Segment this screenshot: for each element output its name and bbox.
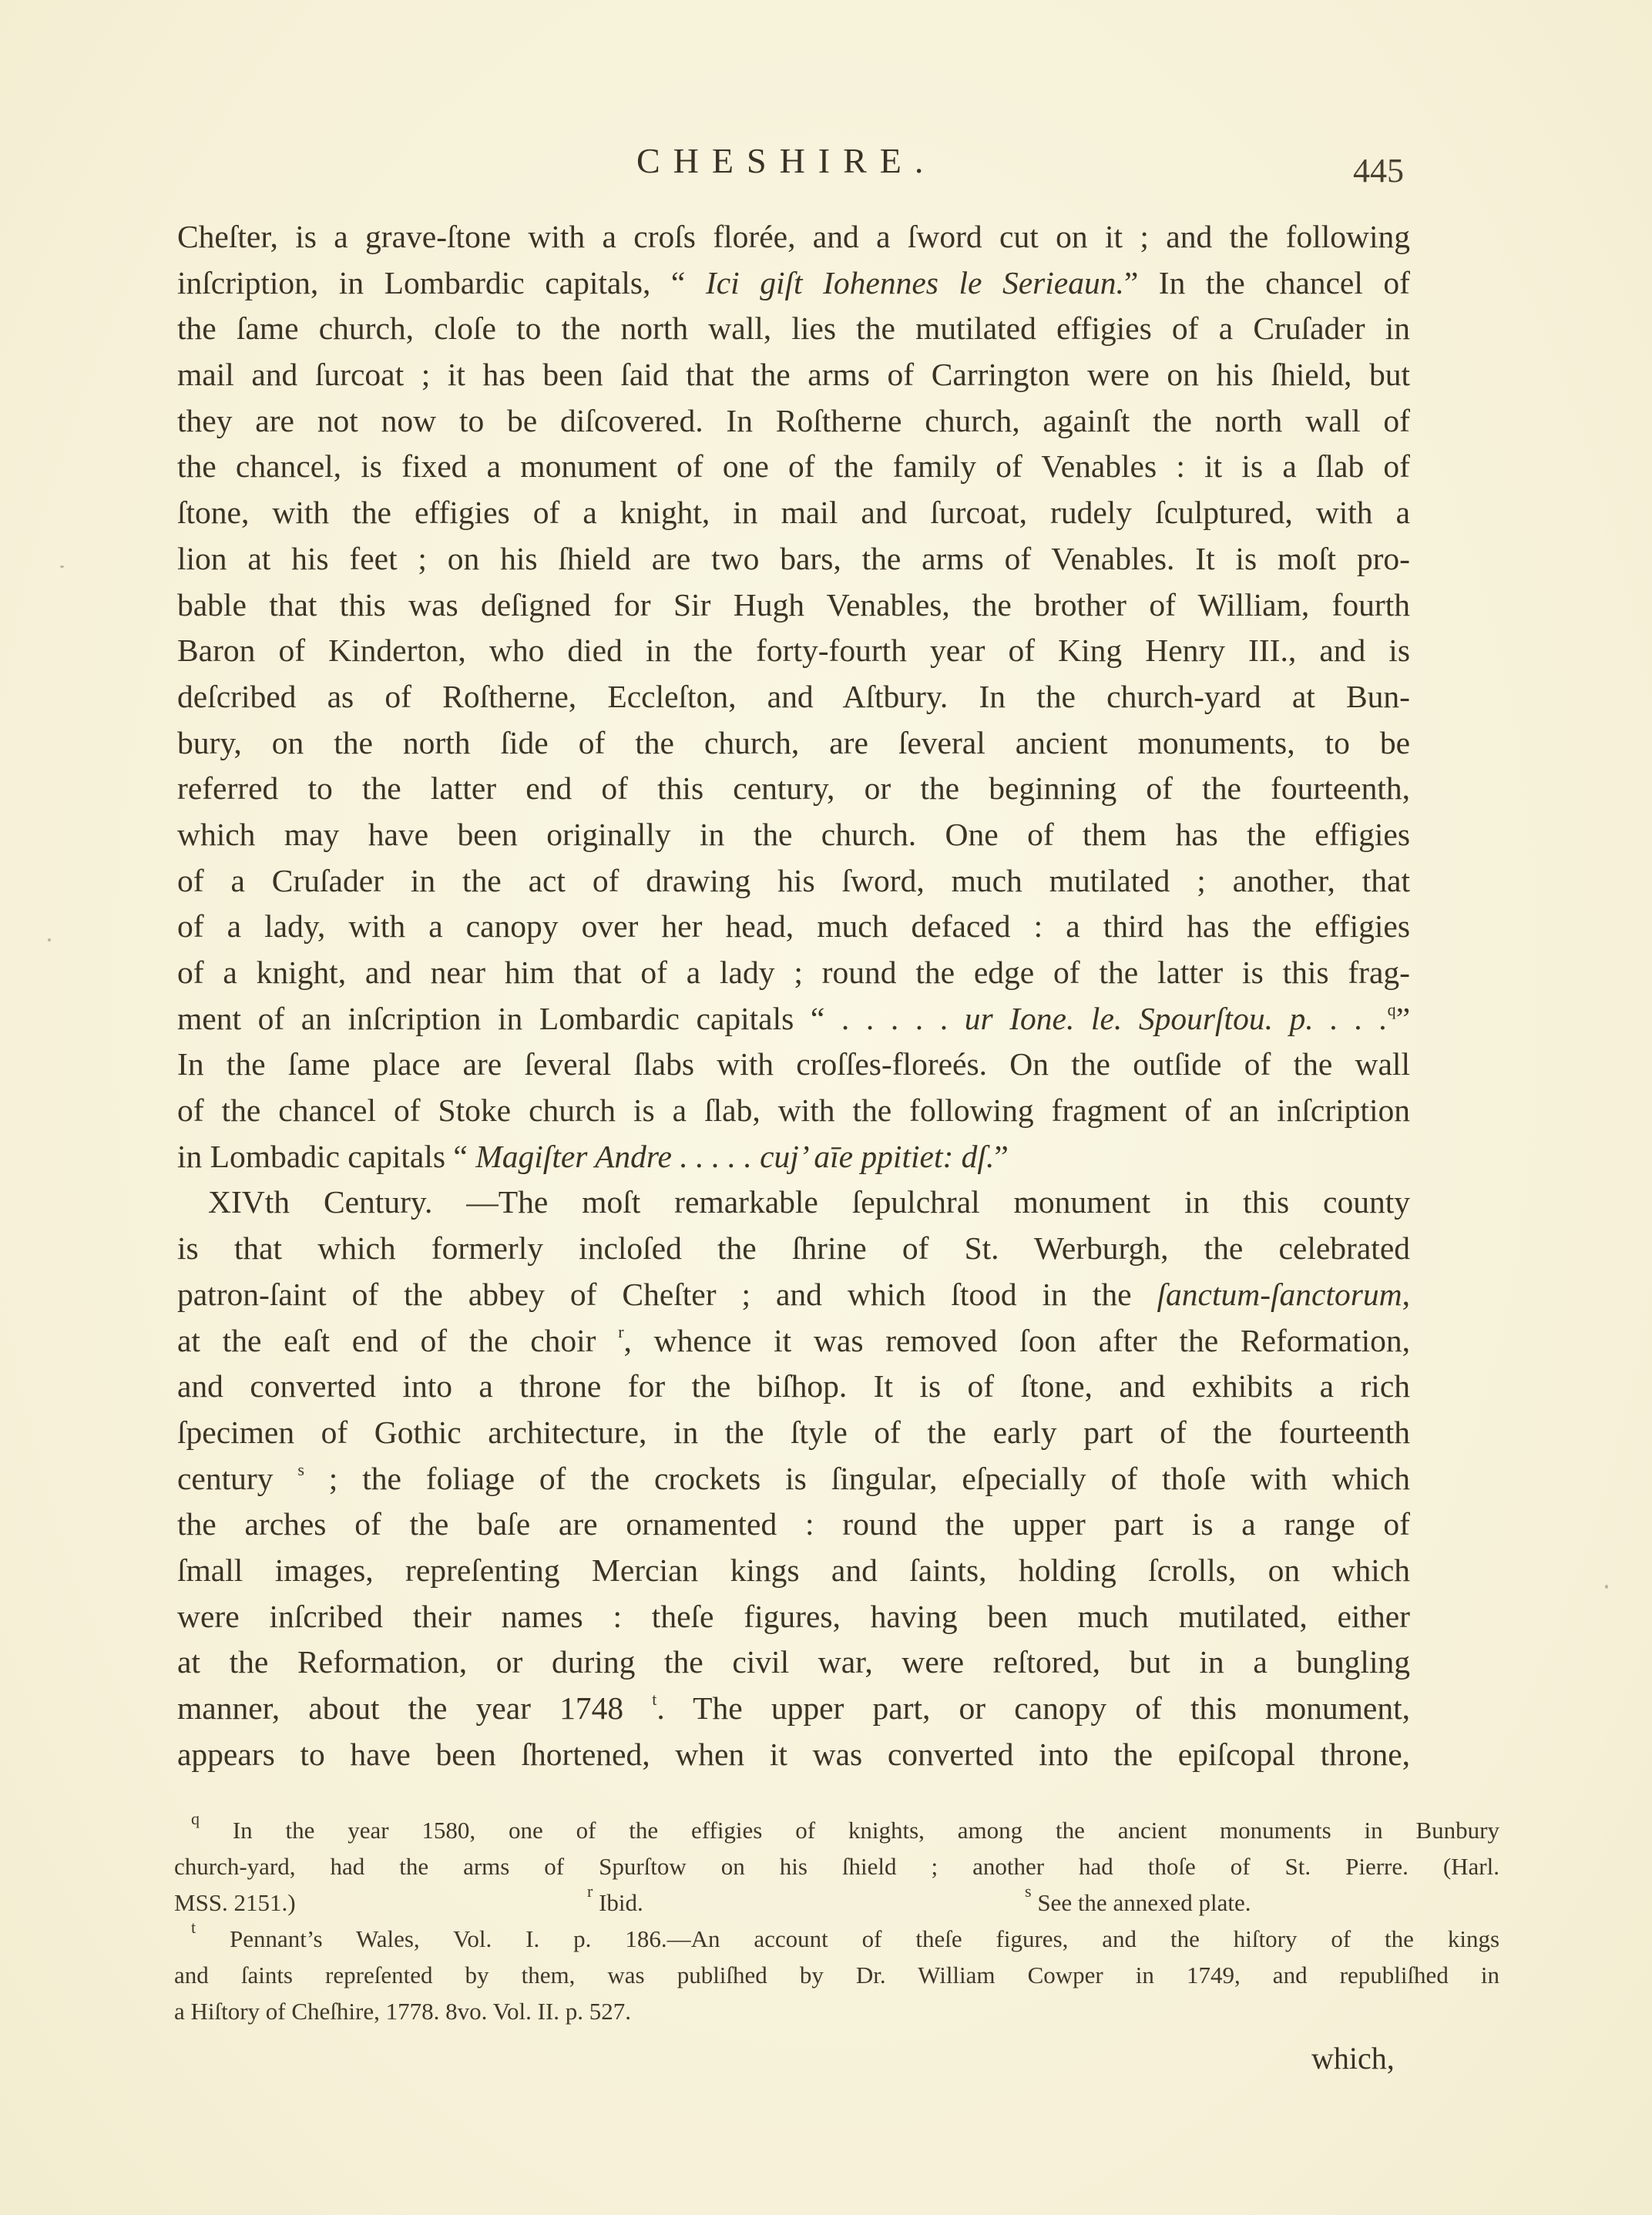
running-head: CHESHIRE. 445 xyxy=(0,140,1652,186)
text-line: the ſame church, cloſe to the north wall… xyxy=(177,306,1410,352)
text-line: is that which formerly incloſed the ſhri… xyxy=(177,1226,1410,1272)
text-line: mail and ſurcoat ; it has been ſaid that… xyxy=(177,352,1410,398)
text-line: at the eaſt end of the choir r, whence i… xyxy=(177,1318,1410,1364)
italic-quotation: ur Ione. le. Spourſtou. p. . . . xyxy=(965,1001,1388,1036)
footnote-q-end: MSS. 2151.) xyxy=(174,1884,296,1921)
footnote-t-line-3: a Hiſtory of Cheſhire, 1778. 8vo. Vol. I… xyxy=(174,1993,1499,2029)
footnote-reference: r xyxy=(618,1322,623,1341)
text-line: century s ; the foliage of the crockets … xyxy=(177,1456,1410,1502)
text-line: at the Reformation, or during the civil … xyxy=(177,1639,1410,1686)
text-line: inſcription, in Lombardic capitals, “ Ic… xyxy=(177,260,1410,307)
text-line: referred to the latter end of this centu… xyxy=(177,766,1410,812)
text-line: In the ſame place are ſeveral ſlabs with… xyxy=(177,1042,1410,1088)
footnote-t-line-2: and ſaints repreſented by them, was publ… xyxy=(174,1957,1499,1993)
paper-speck xyxy=(1605,1585,1608,1589)
page-number: 445 xyxy=(1353,151,1404,190)
footnote-marker: q xyxy=(191,1809,200,1828)
text-line: the arches of the baſe are ornamented : … xyxy=(177,1502,1410,1548)
text-line: ment of an inſcription in Lombardic capi… xyxy=(177,996,1410,1042)
text-line: XIVth Century. —The moſt remarkable ſepu… xyxy=(177,1180,1410,1226)
text-line: deſcribed as of Roſtherne, Eccleſton, an… xyxy=(177,674,1410,720)
text-line: of a Cruſader in the act of drawing his … xyxy=(177,858,1410,904)
italic-quotation: Ici giſt Iohennes le Serieaun. xyxy=(706,265,1124,300)
italic-quotation: Magiſter Andre . . . . . cuj’ aīe ppitie… xyxy=(475,1139,994,1174)
text-line: were inſcribed their names : theſe figur… xyxy=(177,1594,1410,1640)
text-line: of a lady, with a canopy over her head, … xyxy=(177,904,1410,950)
paper-speck xyxy=(60,565,64,568)
text-line: patron-ſaint of the abbey of Cheſter ; a… xyxy=(177,1272,1410,1318)
text-line: manner, about the year 1748 t. The upper… xyxy=(177,1686,1410,1732)
text-line: and converted into a throne for the biſh… xyxy=(177,1364,1410,1410)
text-line: the chancel, is fixed a monument of one … xyxy=(177,444,1410,490)
footnote-q-line-1: q In the year 1580, one of the effigies … xyxy=(174,1812,1499,1848)
running-title: CHESHIRE. xyxy=(636,140,936,181)
footnote-q-line-3: MSS. 2151.) r Ibid. s See the annexed pl… xyxy=(174,1884,1499,1921)
text-line: ſmall images, repreſenting Mercian kings… xyxy=(177,1548,1410,1594)
text-line: bury, on the north ſide of the church, a… xyxy=(177,720,1410,767)
footnote-t-line-1: t Pennant’s Wales, Vol. I. p. 186.—An ac… xyxy=(174,1921,1499,1957)
footnote-reference: q xyxy=(1388,1000,1396,1019)
footnote-r: r Ibid. xyxy=(587,1884,643,1921)
text-line: bable that this was deſigned for Sir Hug… xyxy=(177,582,1410,629)
footnotes: q In the year 1580, one of the effigies … xyxy=(174,1812,1499,2029)
italic-quotation: ſanctum-ſanctorum xyxy=(1157,1277,1402,1312)
text-line: they are not now to be diſcovered. In Ro… xyxy=(177,398,1410,445)
footnote-reference: t xyxy=(652,1690,656,1709)
text-line: which may have been originally in the ch… xyxy=(177,812,1410,858)
text-line: in Lombadic capitals “ Magiſter Andre . … xyxy=(177,1134,1410,1180)
footnote-s: s See the annexed plate. xyxy=(1025,1884,1251,1921)
text-line: lion at his feet ; on his ſhield are two… xyxy=(177,536,1410,582)
text-line: ſpecimen of Gothic architecture, in the … xyxy=(177,1410,1410,1456)
footnote-q-line-2: church-yard, had the arms of Spurſtow on… xyxy=(174,1848,1499,1884)
text-line: of the chancel of Stoke church is a ſlab… xyxy=(177,1088,1410,1134)
text-line: Cheſter, is a grave-ſtone with a croſs f… xyxy=(177,214,1410,260)
text-line: appears to have been ſhortened, when it … xyxy=(177,1732,1410,1778)
text-line: ſtone, with the effigies of a knight, in… xyxy=(177,490,1410,536)
text-line: of a knight, and near him that of a lady… xyxy=(177,950,1410,996)
paper-speck xyxy=(48,938,51,941)
catchword: which, xyxy=(1311,2040,1395,2076)
text-line: Baron of Kinderton, who died in the fort… xyxy=(177,628,1410,674)
body-text: Cheſter, is a grave-ſtone with a croſs f… xyxy=(177,214,1410,1777)
footnote-reference: s xyxy=(297,1460,304,1479)
